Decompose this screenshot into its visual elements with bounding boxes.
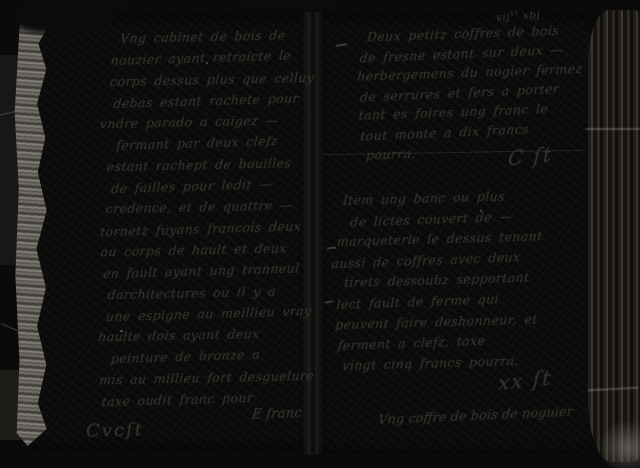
right-page-entry-2: Item ung banc ou plus de lictes couvert … [327, 185, 564, 377]
fore-edge-scratch [586, 128, 640, 130]
sum-note: E franc [251, 405, 303, 423]
left-page-entry: Vng cabinet de bois de nouzier ayant ret… [92, 24, 328, 412]
folio-superscript: xx [510, 9, 519, 18]
manuscript-photo: vijxx xbj Vng cabinet de bois de nouzier… [0, 0, 640, 468]
fore-edge [588, 10, 640, 462]
folio-rest: xbj [522, 9, 540, 22]
tax-amount-mark: C ſt [507, 141, 554, 170]
notary-paraph: Cvcſt [86, 419, 144, 441]
